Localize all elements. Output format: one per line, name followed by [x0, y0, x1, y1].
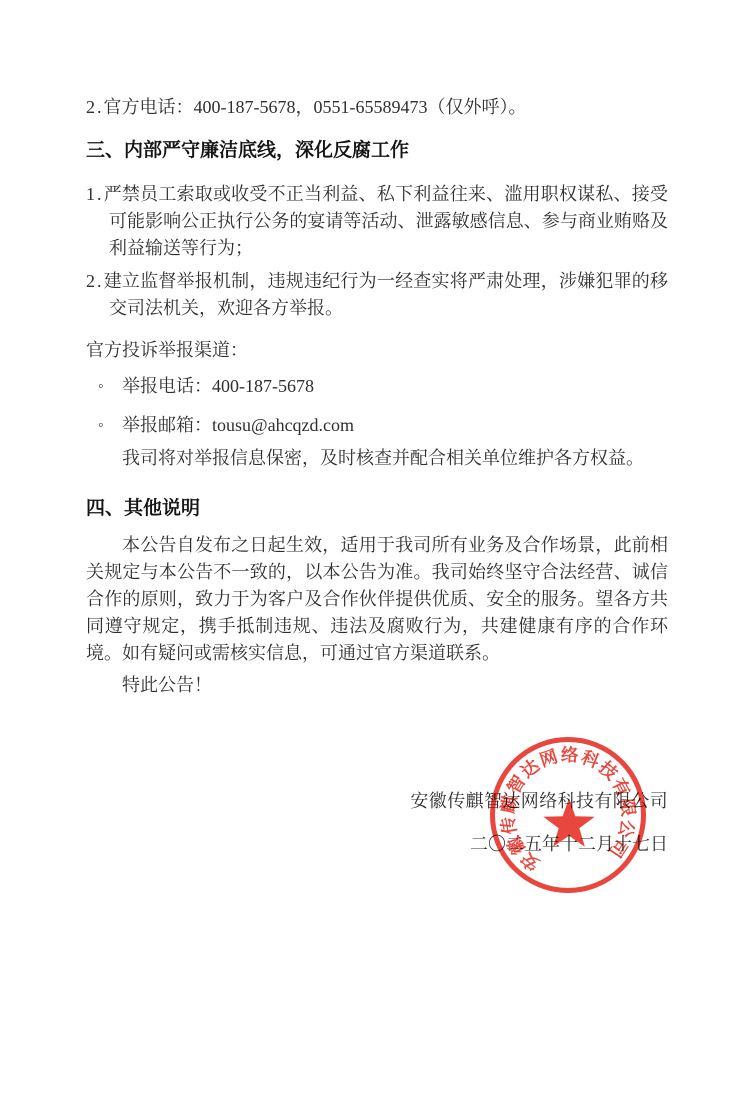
phone-line-text: 官方电话：400-187-5678，0551-65589473（仅外呼）。 [104, 97, 527, 117]
report-email-item: ◦举报邮箱：tousu@ahcqzd.com [86, 412, 668, 439]
privacy-note: 我司将对举报信息保密，及时核查并配合相关单位维护各方权益。 [86, 445, 668, 472]
report-phone-value: 400-187-5678 [212, 376, 314, 396]
report-phone-label: 举报电话： [122, 376, 212, 396]
company-seal: 安徽传麒智达网络科技有限公司 [486, 733, 650, 897]
channels-label: 官方投诉举报渠道： [86, 337, 668, 364]
star-icon [543, 798, 594, 847]
section3-heading: 三、内部严守廉洁底线，深化反腐工作 [86, 137, 668, 164]
phone-list-item: 2.官方电话：400-187-5678，0551-65589473（仅外呼）。 [86, 94, 668, 121]
document-page: 2.官方电话：400-187-5678，0551-65589473（仅外呼）。 … [0, 0, 756, 1102]
list-number: 1. [86, 184, 104, 204]
bullet-icon: ◦ [98, 373, 122, 400]
item-text: 建立监督举报机制，违规违纪行为一经查实将严肃处理，涉嫌犯罪的移交司法机关，欢迎各… [104, 271, 669, 318]
section3-item-2: 2.建立监督举报机制，违规违纪行为一经查实将严肃处理，涉嫌犯罪的移交司法机关，欢… [86, 268, 668, 322]
report-email-label: 举报邮箱： [122, 415, 212, 435]
report-email-value: tousu@ahcqzd.com [212, 415, 354, 435]
section3-item-1: 1.严禁员工索取或收受不正当利益、私下利益往来、滥用职权谋私、接受可能影响公正执… [86, 181, 668, 262]
list-number: 2. [86, 97, 104, 117]
report-phone-item: ◦举报电话：400-187-5678 [86, 373, 668, 400]
list-number: 2. [86, 271, 104, 291]
closing-line: 特此公告！ [86, 672, 668, 699]
bullet-icon: ◦ [98, 412, 122, 439]
document-content: 2.官方电话：400-187-5678，0551-65589473（仅外呼）。 … [86, 94, 668, 699]
item-text: 严禁员工索取或收受不正当利益、私下利益往来、滥用职权谋私、接受可能影响公正执行公… [104, 184, 669, 258]
section4-paragraph: 本公告自发布之日起生效，适用于我司所有业务及合作场景，此前相关规定与本公告不一致… [86, 532, 668, 667]
section4-heading: 四、其他说明 [86, 495, 668, 522]
